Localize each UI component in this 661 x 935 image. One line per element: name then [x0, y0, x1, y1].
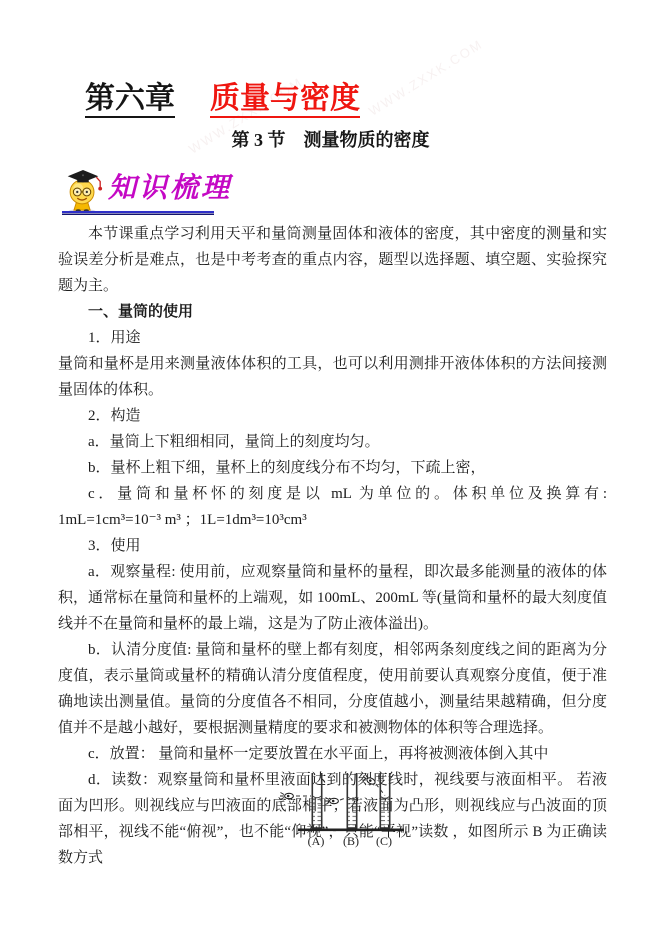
chapter-title-row: 第六章质量与密度	[85, 82, 360, 116]
document-page: WWW.ZXXK.COM WWW.ZXXK.COM 第六章质量与密度 第 3 节…	[0, 0, 661, 935]
item-2-structure: 2．构造	[58, 403, 607, 429]
intro-paragraph: 本节课重点学习利用天平和量筒测量固体和液体的密度，其中密度的测量和实验误差分析是…	[58, 221, 607, 299]
chapter-number: 第六章	[85, 82, 175, 118]
cylinder-figure-svg: (A) (B) (C)	[268, 764, 448, 856]
cylinder-c	[361, 773, 404, 830]
figure-label-c: (C)	[376, 834, 392, 848]
paragraph-usage-b: b．认清分度值: 量筒和量杯的壁上都有刻度，相邻两条刻度线之间的距离为分度值，表…	[58, 637, 607, 741]
figure-label-b: (B)	[343, 834, 359, 848]
heading-cylinder-use: 一、量筒的使用	[58, 299, 607, 325]
badge-underline	[62, 211, 214, 215]
paragraph-structure-b: b．量杯上粗下细，量杯上的刻度线分布不均匀，下疏上密，	[58, 455, 607, 481]
cylinder-reading-figure: (A) (B) (C)	[268, 764, 448, 856]
item-1-purpose: 1．用途	[58, 325, 607, 351]
section-title: 第 3 节 测量物质的密度	[0, 126, 661, 152]
chapter-subject: 质量与密度	[210, 82, 360, 118]
cylinder-b	[325, 773, 371, 830]
figure-label-a: (A)	[308, 834, 325, 848]
paragraph-structure-a: a．量筒上下粗细相同，量筒上的刻度均匀。	[58, 429, 607, 455]
scholar-mascot-icon	[62, 168, 104, 214]
paragraph-structure-c: c．量筒和量杯怀的刻度是以 mL 为单位的。体积单位及换算有: 1mL=1cm³…	[58, 481, 607, 533]
paragraph-usage-a: a．观察量程: 使用前，应观察量筒和量杯的量程，即次最多能测量的液体的体积，通常…	[58, 559, 607, 637]
badge-label: 知识梳理	[108, 172, 232, 204]
item-3-usage: 3．使用	[58, 533, 607, 559]
paragraph-purpose: 量筒和量杯是用来测量液体体积的工具，也可以利用测排开液体体积的方法间接测量固体的…	[58, 351, 607, 403]
knowledge-badge: 知识梳理	[62, 166, 214, 216]
watermark: WWW.ZXXK.COM	[366, 36, 486, 118]
